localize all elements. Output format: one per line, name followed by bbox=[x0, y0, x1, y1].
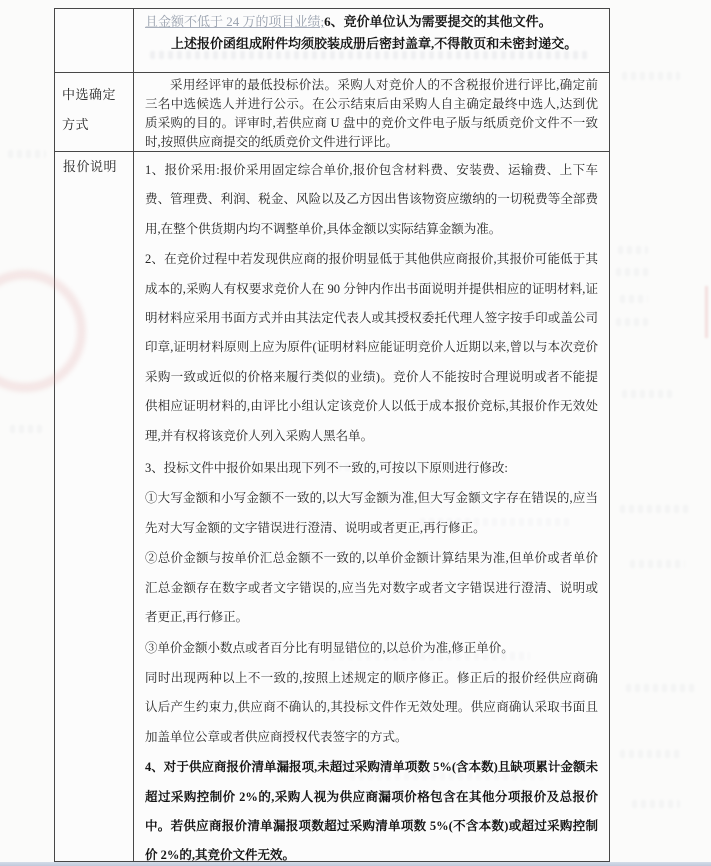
page-bottom-edge bbox=[0, 862, 711, 866]
bleedthrough-artifact bbox=[10, 425, 42, 433]
bleedthrough-artifact bbox=[620, 505, 690, 513]
bleedthrough-artifact bbox=[616, 268, 650, 276]
row1-attachment-note-cell: 且金额不低于 24 万的项目业绩;6、竞价单位认为需要提交的其他文件。 上述报价… bbox=[134, 9, 609, 73]
bleedthrough-artifact bbox=[622, 390, 672, 398]
quote-note-4: 4、对于供应商报价清单漏报项,未超过采购清单项数 5%(含本数)且缺项累计金额未… bbox=[145, 753, 598, 861]
row1-line1: 且金额不低于 24 万的项目业绩;6、竞价单位认为需要提交的其他文件。 bbox=[145, 11, 598, 33]
bleedthrough-artifact bbox=[618, 246, 648, 254]
quote-notes-label: 报价说明 bbox=[63, 159, 117, 174]
quote-note-3-rule2: ②总价金额与按单价汇总金额不一致的,以单价金额计算结果为准,但单价或者单价汇总金… bbox=[145, 544, 598, 632]
bleedthrough-artifact bbox=[620, 750, 680, 758]
other-documents-item: 6、竞价单位认为需要提交的其他文件。 bbox=[324, 14, 552, 29]
bleedthrough-artifact bbox=[632, 800, 680, 808]
stamp-bleedthrough-streak bbox=[705, 286, 708, 338]
row1-header-cell-empty bbox=[55, 9, 134, 73]
bleedthrough-artifact bbox=[616, 318, 648, 326]
row3-quote-notes-cell: 1、报价采用:报价采用固定综合单价,报价包含材料费、安装费、运输费、上下车费、管… bbox=[134, 152, 609, 861]
row2-selection-method-cell: 采用经评审的最低投标价法。采购人对竞价人的不含税报价进行评比,确定前三名中选候选… bbox=[134, 73, 609, 152]
quote-note-3-order: 同时出现两种以上不一致的,按照上述规定的顺序修正。修正后的报价经供应商确认后产生… bbox=[145, 664, 598, 752]
row2-header-selection-method: 中选确定方式 bbox=[55, 73, 134, 152]
quote-note-2: 2、在竞价过程中若发现供应商的报价明显低于其他供应商报价,其报价可能低于其成本的… bbox=[145, 245, 598, 451]
row3-header-quote-notes: 报价说明 bbox=[55, 152, 134, 861]
quote-note-3-rule3: ③单价金额小数点或者百分比有明显错位的,以总价为准,修正单价。 bbox=[145, 634, 598, 663]
selection-method-label: 中选确定方式 bbox=[62, 87, 116, 132]
procurement-notice-table: 且金额不低于 24 万的项目业绩;6、竞价单位认为需要提交的其他文件。 上述报价… bbox=[54, 8, 610, 862]
bleedthrough-faded-text: 且金额不低于 24 万的项目业绩; bbox=[145, 14, 324, 29]
quote-note-3-rule1: ①大写金额和小写金额不一致的,以大写金额为准,但大写金额文字存在错误的,应当先对… bbox=[145, 484, 598, 543]
bleedthrough-artifact bbox=[8, 150, 46, 158]
bleedthrough-artifact bbox=[626, 684, 696, 692]
quote-note-1: 1、报价采用:报价采用固定综合单价,报价包含材料费、安装费、运输费、上下车费、管… bbox=[145, 156, 598, 244]
binding-sealing-note: 上述报价函组成附件均须胶装成册后密封盖章,不得散页和未密封递交。 bbox=[145, 33, 598, 55]
bleedthrough-artifact bbox=[620, 295, 648, 303]
scanned-document-page: { "document": { "row1": { "faded_text": … bbox=[0, 0, 711, 866]
selection-method-text: 采用经评审的最低投标价法。采购人对竞价人的不含税报价进行评比,确定前三名中选候选… bbox=[145, 76, 598, 152]
bleedthrough-artifact bbox=[622, 72, 680, 80]
bleedthrough-artifact bbox=[630, 560, 685, 568]
quote-note-3: 3、投标文件中报价如果出现下列不一致的,可按以下原则进行修改: bbox=[145, 454, 598, 483]
